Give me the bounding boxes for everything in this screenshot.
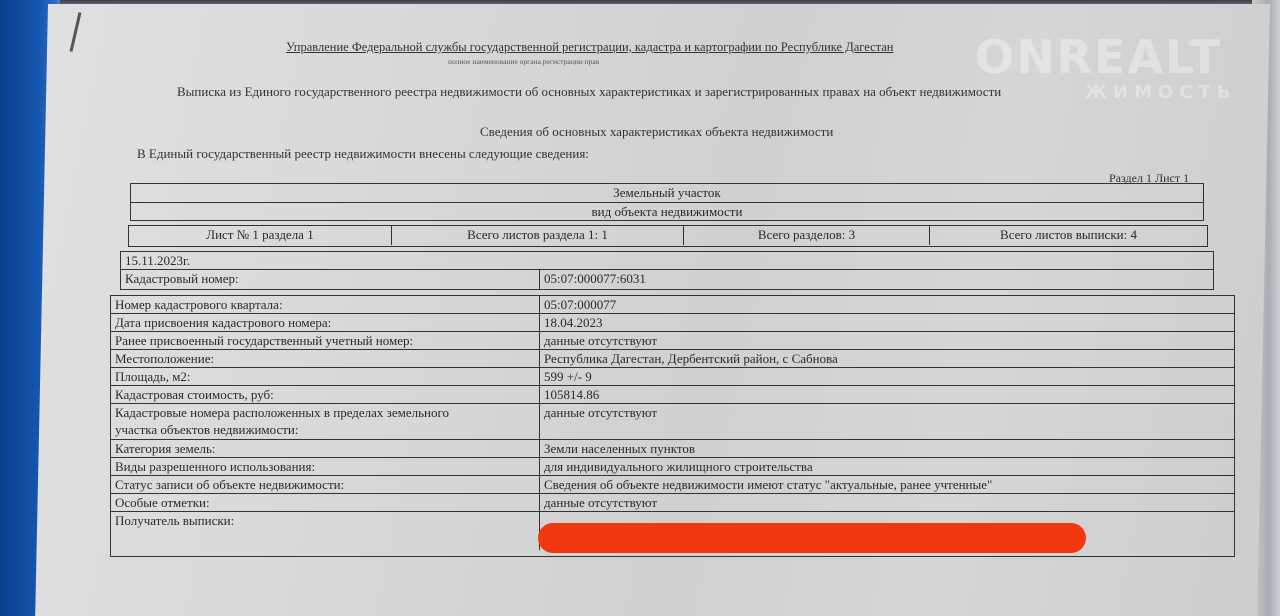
sheet-info-box: Лист № 1 раздела 1 Всего листов раздела … [128, 225, 1208, 247]
field-label-text-line2: участка объектов недвижимости: [115, 421, 539, 438]
field-value: Земли населенных пунктов [539, 440, 1234, 457]
field-value: 599 +/- 9 [539, 368, 1234, 385]
field-value: данные отсутствуют [539, 494, 1234, 511]
table-row: Местоположение:Республика Дагестан, Дерб… [111, 350, 1234, 368]
redaction-mark [538, 523, 1086, 553]
field-label: Кадастровая стоимость, руб: [111, 386, 539, 403]
field-value: 105814.86 [539, 386, 1234, 403]
table-row: Площадь, м2:599 +/- 9 [111, 368, 1234, 386]
watermark-subtitle: ЖИМОСТЬ [1085, 82, 1237, 103]
object-type-row: Земельный участок [131, 184, 1203, 203]
table-row: Категория земель:Земли населенных пункто… [111, 440, 1234, 458]
document-title: Выписка из Единого государственного реес… [177, 84, 1001, 100]
field-label-text: Статус записи об объекте недвижимости: [115, 476, 539, 493]
field-value: Республика Дагестан, Дербентский район, … [539, 350, 1234, 367]
agency-name: Управление Федеральной службы государств… [286, 40, 894, 55]
date-row: 15.11.2023г. [121, 252, 1213, 270]
field-value: 18.04.2023 [539, 314, 1234, 331]
object-type-box: Земельный участок вид объекта недвижимос… [130, 183, 1204, 221]
field-label-text: Получатель выписки: [115, 512, 539, 529]
cadastral-number-row: Кадастровый номер: 05:07:000077:6031 [121, 270, 1213, 289]
table-row: Дата присвоения кадастрового номера:18.0… [111, 314, 1234, 332]
field-label: Кадастровые номера расположенных в преде… [111, 404, 539, 439]
characteristics-table: Номер кадастрового квартала:05:07:000077… [110, 295, 1235, 557]
sheet-info-row: Лист № 1 раздела 1 Всего листов раздела … [129, 226, 1207, 245]
field-label: Дата присвоения кадастрового номера: [111, 314, 539, 331]
field-label-text: Дата присвоения кадастрового номера: [115, 314, 539, 331]
field-label: Статус записи об объекте недвижимости: [111, 476, 539, 493]
field-value: Сведения об объекте недвижимости имеют с… [539, 476, 1234, 493]
field-label-text: Кадастровые номера расположенных в преде… [115, 404, 539, 421]
table-row: Виды разрешенного использования:для инди… [111, 458, 1234, 476]
section-title: Сведения об основных характеристиках объ… [480, 124, 833, 140]
object-type: Земельный участок [131, 184, 1203, 202]
field-label: Виды разрешенного использования: [111, 458, 539, 475]
field-label: Площадь, м2: [111, 368, 539, 385]
table-row: Номер кадастрового квартала:05:07:000077 [111, 296, 1234, 314]
object-type-caption-row: вид объекта недвижимости [131, 203, 1203, 220]
field-label: Ранее присвоенный государственный учетны… [111, 332, 539, 349]
object-type-caption: вид объекта недвижимости [131, 203, 1203, 220]
field-label: Номер кадастрового квартала: [111, 296, 539, 313]
field-value: для индивидуального жилищного строительс… [539, 458, 1234, 475]
field-label-text: Кадастровая стоимость, руб: [115, 386, 539, 403]
table-row: Ранее присвоенный государственный учетны… [111, 332, 1234, 350]
field-label-text: Номер кадастрового квартала: [115, 296, 539, 313]
cadastral-number-label: Кадастровый номер: [121, 270, 539, 289]
table-row: Особые отметки:данные отсутствуют [111, 494, 1234, 512]
cadastral-box: 15.11.2023г. Кадастровый номер: 05:07:00… [120, 251, 1214, 290]
field-label-text: Категория земель: [115, 440, 539, 457]
field-value: данные отсутствуют [539, 332, 1234, 349]
agency-caption: полное наименование органа регистрации п… [448, 57, 599, 66]
field-label: Категория земель: [111, 440, 539, 457]
watermark-logo: ONREALT [975, 30, 1222, 84]
field-value: 05:07:000077 [539, 296, 1234, 313]
field-value: данные отсутствуют [539, 404, 1234, 439]
sheets-total: Всего листов выписки: 4 [929, 226, 1207, 245]
field-label-text: Ранее присвоенный государственный учетны… [115, 332, 539, 349]
sections-total: Всего разделов: 3 [683, 226, 929, 245]
intro-text: В Единый государственный реестр недвижим… [137, 146, 589, 162]
field-label: Особые отметки: [111, 494, 539, 511]
field-label: Получатель выписки: [111, 512, 539, 550]
field-label-text: Особые отметки: [115, 494, 539, 511]
sheets-in-section: Всего листов раздела 1: 1 [391, 226, 683, 245]
sheet-number: Лист № 1 раздела 1 [129, 226, 391, 245]
cadastral-number-value: 05:07:000077:6031 [539, 270, 1213, 289]
table-row: Кадастровая стоимость, руб:105814.86 [111, 386, 1234, 404]
field-label-text: Площадь, м2: [115, 368, 539, 385]
table-row: Статус записи об объекте недвижимости:Св… [111, 476, 1234, 494]
extract-date: 15.11.2023г. [121, 252, 1213, 269]
field-label: Местоположение: [111, 350, 539, 367]
field-label-text: Виды разрешенного использования: [115, 458, 539, 475]
field-label-text: Местоположение: [115, 350, 539, 367]
table-row: Кадастровые номера расположенных в преде… [111, 404, 1234, 440]
